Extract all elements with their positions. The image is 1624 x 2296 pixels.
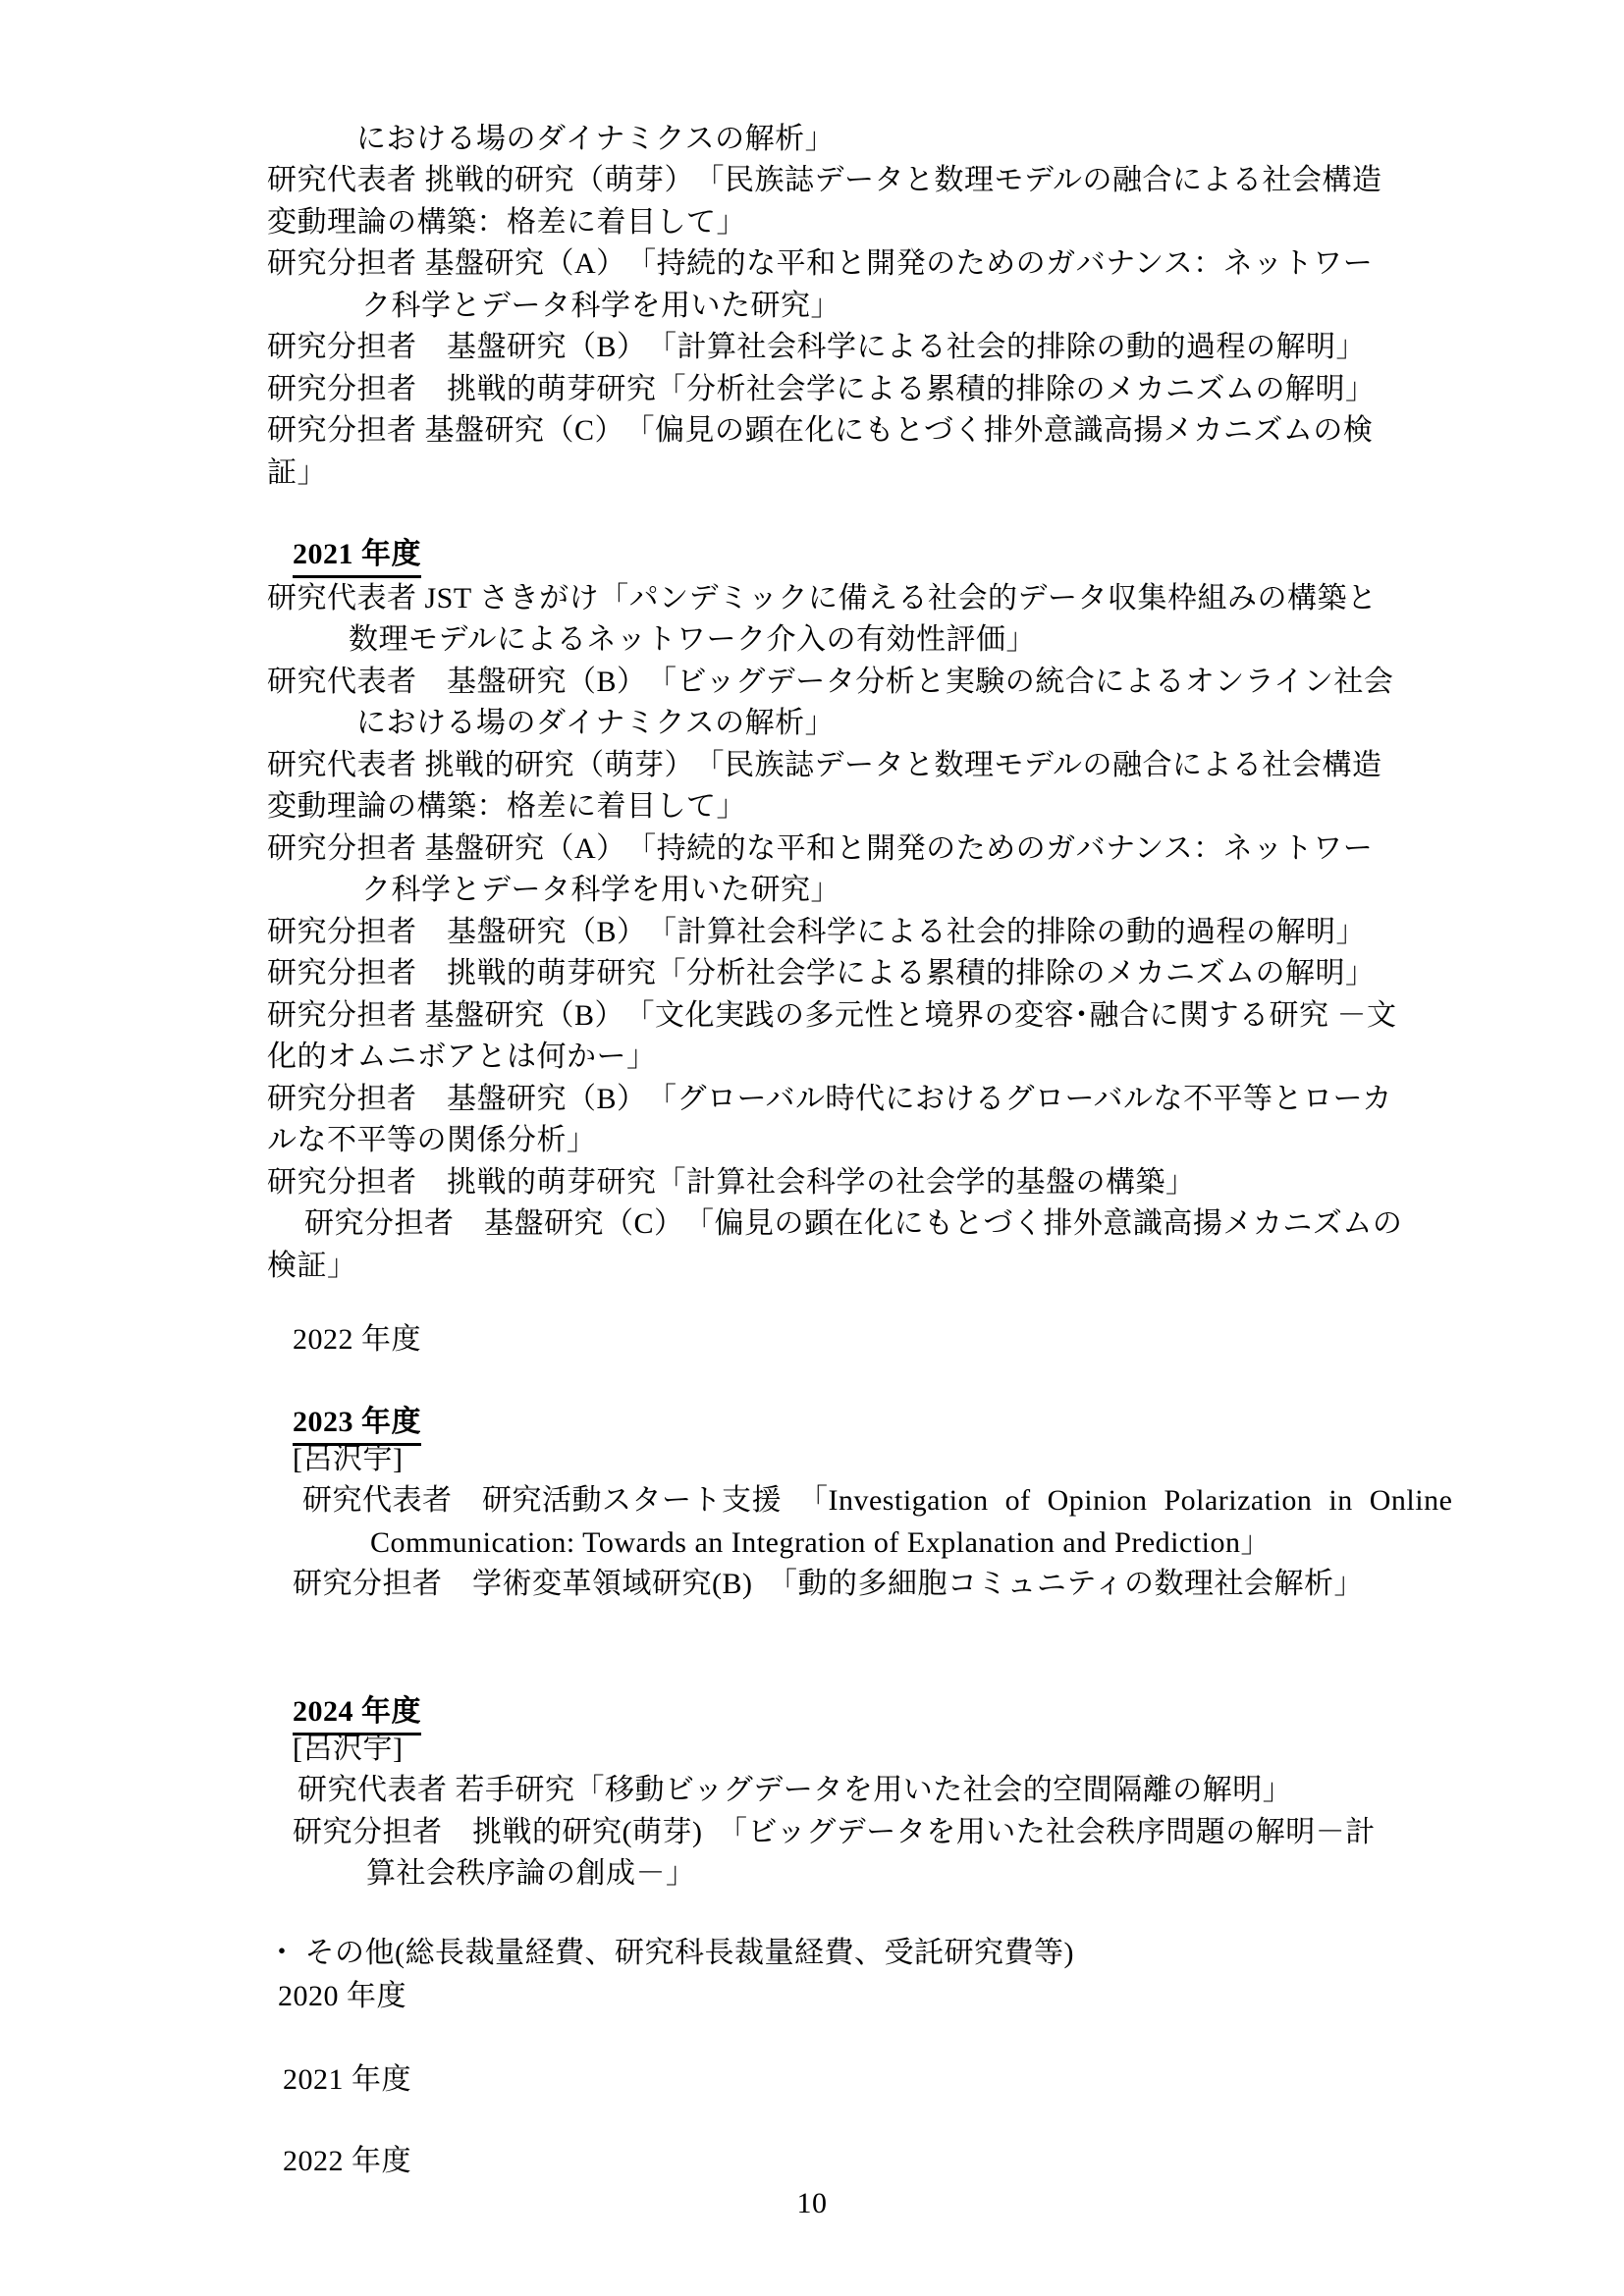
grant-line: 研究分担者 挑戦的研究(萌芽) 「ビッグデータを用いた社会秩序問題の解明－計 xyxy=(293,1816,1376,1849)
year-heading-2023: 2023 年度 xyxy=(293,1406,421,1446)
document-page: における場のダイナミクスの解析」 研究代表者 挑戦的研究（萌芽） 「民族誌データ… xyxy=(0,0,1624,2296)
grant-line: 研究分担者 挑戦的萌芽研究「分析社会学による累積的排除のメカニズムの解明」 xyxy=(267,957,1376,990)
other-funding-year: 2022 年度 xyxy=(283,2145,411,2178)
researcher-name: [呂沢宇] xyxy=(293,1733,403,1766)
grant-line: 化的オムニボアとは何かー」 xyxy=(267,1041,657,1074)
grant-line: 研究分担者 基盤研究（B） 「グローバル時代におけるグローバルな不平等とローカ xyxy=(267,1083,1392,1116)
grant-line: 研究分担者 基盤研究（C） 「偏見の顕在化にもとづく排外意識高揚メカニズムの xyxy=(304,1207,1402,1241)
grant-line: における場のダイナミクスの解析」 xyxy=(356,123,835,156)
grant-line: ク科学とデータ科学を用いた研究」 xyxy=(361,290,840,323)
year-heading-2021: 2021 年度 xyxy=(293,538,421,578)
year-heading-2021-text: 2021 年度 xyxy=(293,538,421,578)
grant-line: 検証」 xyxy=(267,1250,357,1283)
year-heading-2022: 2022 年度 xyxy=(293,1323,421,1357)
other-funding-bullet: ・ その他(総長裁量経費、研究科長裁量経費、受託研究費等) xyxy=(267,1937,1074,1970)
year-heading-2024: 2024 年度 xyxy=(293,1695,421,1735)
grant-line: 研究代表者 挑戦的研究（萌芽） 「民族誌データと数理モデルの融合による社会構造 xyxy=(267,749,1382,782)
grant-line: 研究分担者 挑戦的萌芽研究「分析社会学による累積的排除のメカニズムの解明」 xyxy=(267,373,1376,406)
grant-line: 研究代表者 JST さきがけ「パンデミックに備える社会的データ収集枠組みの構築と xyxy=(267,582,1378,615)
grant-line: 研究代表者 挑戦的研究（萌芽） 「民族誌データと数理モデルの融合による社会構造 xyxy=(267,164,1382,197)
grant-line: 研究代表者 基盤研究（B） 「ビッグデータ分析と実験の統合によるオンライン社会 xyxy=(267,666,1393,699)
page-number: 10 xyxy=(0,2187,1624,2220)
grant-line: 数理モデルによるネットワーク介入の有効性評価」 xyxy=(349,623,1036,657)
year-heading-2024-text: 2024 年度 xyxy=(293,1695,421,1735)
grant-line: 研究分担者 基盤研究（A） 「持続的な平和と開発のためのガバナンス：ネットワー xyxy=(267,832,1373,866)
grant-line: 研究代表者 研究活動スタート支援 「Investigation of Opini… xyxy=(302,1484,1452,1518)
other-funding-year: 2021 年度 xyxy=(283,2063,411,2097)
grant-line: ルな不平等の関係分析」 xyxy=(267,1124,597,1157)
grant-line: 算社会秩序論の創成－」 xyxy=(366,1857,696,1891)
grant-line: 変動理論の構築：格差に着目して」 xyxy=(267,790,746,824)
grant-line: における場のダイナミクスの解析」 xyxy=(356,707,835,740)
grant-line: 研究分担者 基盤研究（B） 「計算社会科学による社会的排除の動的過程の解明」 xyxy=(267,916,1366,949)
grant-line: 変動理論の構築：格差に着目して」 xyxy=(267,206,746,240)
grant-line: 研究分担者 基盤研究（C） 「偏見の顕在化にもとづく排外意識高揚メカニズムの検 xyxy=(267,414,1373,448)
grant-line: Communication: Towards an Integration of… xyxy=(370,1526,1271,1560)
other-funding-year: 2020 年度 xyxy=(278,1980,406,2013)
researcher-name: [呂沢宇] xyxy=(293,1443,403,1476)
grant-line: 研究分担者 基盤研究（B） 「計算社会科学による社会的排除の動的過程の解明」 xyxy=(267,331,1366,364)
grant-line: 研究分担者 挑戦的萌芽研究「計算社会科学の社会学的基盤の構築」 xyxy=(267,1166,1196,1200)
grant-line: 証」 xyxy=(267,456,327,490)
grant-line: 研究分担者 基盤研究（A） 「持続的な平和と開発のためのガバナンス：ネットワー xyxy=(267,247,1373,281)
grant-line: 研究分担者 基盤研究（B） 「文化実践の多元性と境界の変容･融合に関する研究 －… xyxy=(267,999,1397,1033)
grant-line: 研究代表者 若手研究「移動ビッグデータを用いた社会的空間隔離の解明」 xyxy=(298,1774,1292,1807)
year-heading-2023-text: 2023 年度 xyxy=(293,1406,421,1446)
grant-line: ク科学とデータ科学を用いた研究」 xyxy=(361,874,840,907)
grant-line: 研究分担者 学術変革領域研究(B) 「動的多細胞コミュニティの数理社会解析」 xyxy=(293,1568,1364,1601)
